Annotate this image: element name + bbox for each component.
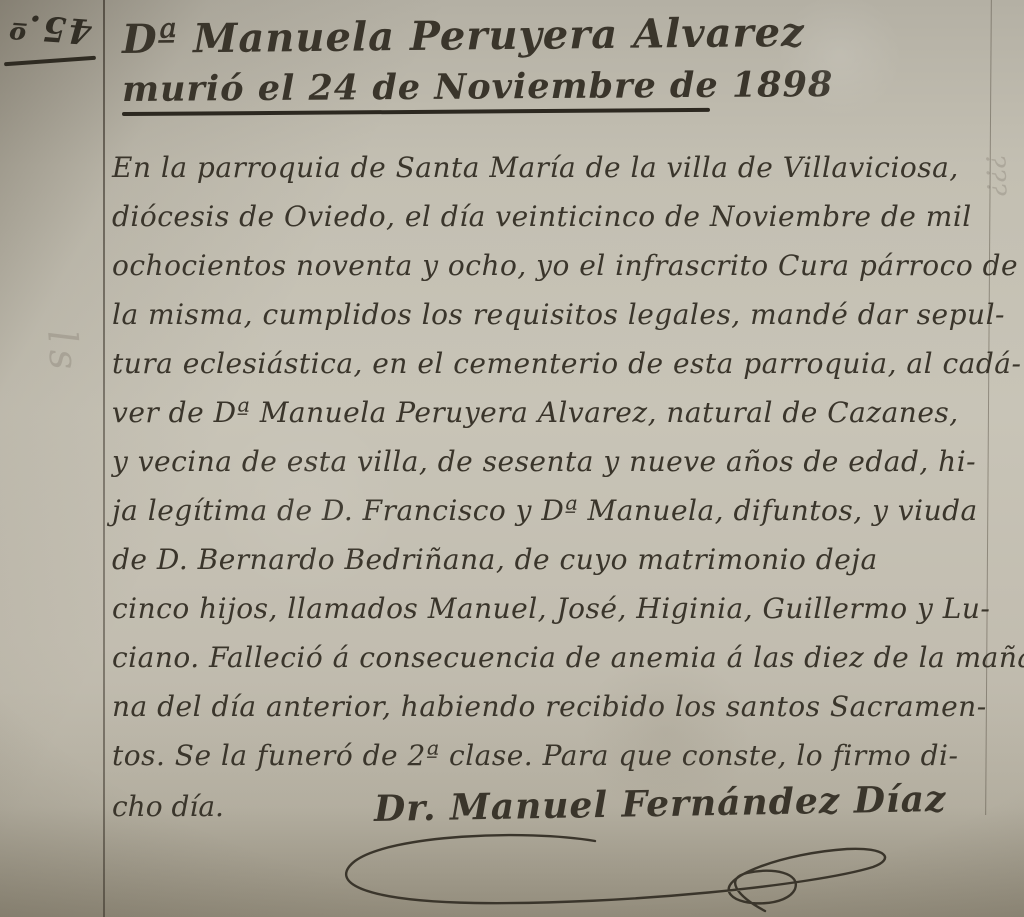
signature-name: Dr. Manuel Fernández Díaz — [374, 775, 947, 834]
record-number-underline — [4, 56, 96, 66]
deceased-name-heading: Dª Manuela Peruyera Alvarez — [122, 7, 1002, 63]
entry-heading: Dª Manuela Peruyera Alvarez murió el 24 … — [122, 16, 1002, 116]
body-line-final: cho día. — [112, 782, 224, 831]
body-line: ciano. Falleció á consecuencia de anemia… — [112, 633, 998, 682]
body-line: ver de Dª Manuela Peruyera Alvarez, natu… — [112, 388, 998, 437]
record-number: 45.º — [1, 5, 100, 52]
body-line: de D. Bernardo Bedriñana, de cuyo matrim… — [112, 535, 998, 584]
body-line: tos. Se la funeró de 2ª clase. Para que … — [112, 731, 998, 780]
body-line: cinco hijos, llamados Manuel, José, Higi… — [112, 584, 998, 633]
entry-body: En la parroquia de Santa María de la vil… — [112, 143, 998, 829]
signature-flourish — [295, 833, 905, 917]
body-line: ochocientos noventa y ocho, yo el infras… — [112, 241, 998, 290]
body-line: na del día anterior, habiendo recibido l… — [112, 682, 998, 731]
closing-line-and-signature: cho día. Dr. Manuel Fernández Díaz — [112, 780, 998, 829]
bleed-through-marks: ls — [38, 329, 87, 377]
body-line: la misma, cumplidos los requisitos legal… — [112, 290, 998, 339]
death-date-heading: murió el 24 de Noviembre de 1898 — [122, 63, 1002, 110]
body-line: tura eclesiástica, en el cementerio de e… — [112, 339, 998, 388]
margin-rule-vertical — [103, 0, 105, 917]
register-page-photo: 45.º Dª Manuela Peruyera Alvarez murió e… — [0, 0, 1024, 917]
body-line: y vecina de esta villa, de sesenta y nue… — [112, 437, 998, 486]
body-line: ja legítima de D. Francisco y Dª Manuela… — [112, 486, 998, 535]
body-line: En la parroquia de Santa María de la vil… — [112, 143, 998, 192]
body-line: diócesis de Oviedo, el día veinticinco d… — [112, 192, 998, 241]
